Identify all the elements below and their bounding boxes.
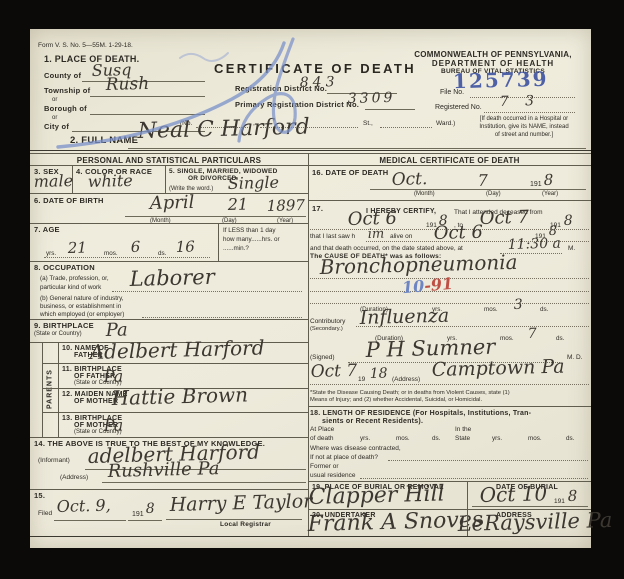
res-ds-label: ds. <box>432 435 440 442</box>
grid-line <box>42 363 308 364</box>
age-mos-value: 6 <box>131 239 141 256</box>
death-month-hint: (Month) <box>414 191 435 198</box>
birthplace-hint: (State or Country) <box>34 331 82 338</box>
hospital-note: [If death occurred in a Hospital or Inst… <box>478 116 570 139</box>
residence-label-2: sients or Recent Residents). <box>322 418 423 426</box>
signed-label: (Signed) <box>310 354 335 361</box>
race-value: white <box>88 172 133 192</box>
birth-day-value: 21 <box>228 195 249 214</box>
where-contracted-label-1: Where was disease contracted, <box>310 445 401 452</box>
street-label: St., <box>363 120 373 127</box>
personal-heading: PERSONAL AND STATISTICAL PARTICULARS <box>30 156 308 165</box>
local-registrar-label: Local Registrar <box>220 521 271 528</box>
dotted-rule <box>44 257 210 258</box>
grid-line <box>125 216 306 217</box>
marital-value: Single <box>228 174 280 194</box>
signed-year-print: 19 <box>358 376 365 383</box>
county-label: County of <box>44 72 81 81</box>
dotted-rule <box>142 317 302 318</box>
grid-line <box>128 520 162 521</box>
birthplace-label: 9. BIRTHPLACE <box>34 322 94 331</box>
sex-value: male <box>34 172 74 191</box>
death-day-hint: (Day) <box>486 191 501 198</box>
res-mos-label: mos. <box>396 435 410 442</box>
grid-line <box>308 406 591 407</box>
death-year-print: 191 <box>530 181 542 189</box>
informant-address-label: (Address) <box>60 474 88 481</box>
res-yrs-label-2: yrs. <box>492 435 502 442</box>
father-name-value: Adelbert Harford <box>89 336 264 364</box>
filed-date-value: Oct. 9, <box>57 497 111 517</box>
pencil-stroke <box>180 53 228 61</box>
dotted-rule <box>360 478 588 479</box>
age-label: 7. AGE <box>34 226 60 235</box>
registered-no-label: Registered No. <box>435 104 482 112</box>
grid-line <box>30 319 308 320</box>
duration2-days-value: 7 <box>528 326 537 342</box>
cause-of-death-value: Bronchopneumonia <box>319 251 517 279</box>
township-label: Township of <box>44 87 90 96</box>
code-stamp: 10-91 <box>401 275 454 298</box>
grid-line <box>54 520 126 521</box>
filed-section-number: 15. <box>34 492 45 501</box>
footnote-line-1: *State the Disease Causing Death; or in … <box>310 390 510 397</box>
attended-to-year-hw: 8 <box>564 213 573 229</box>
city-label: City of <box>44 123 69 132</box>
date-of-death-label: 16. DATE OF DEATH <box>312 169 388 178</box>
age-yrs-value: 21 <box>68 240 88 258</box>
occupation-a1: (a) Trade, profession, or, <box>40 275 109 282</box>
burial-place-value: Clapper Hill <box>308 481 445 510</box>
grid-line <box>370 189 586 190</box>
father-birthplace-value: Pa <box>104 367 124 386</box>
file-number-stamp: 125739 <box>453 68 549 93</box>
age-less-note-1: If LESS than 1 day <box>223 227 276 234</box>
center-divider <box>308 153 309 536</box>
former-residence-label-2: usual residence <box>310 472 356 479</box>
parents-side-label: PARENTS <box>43 342 58 437</box>
at-place-label-2: of death <box>310 435 334 442</box>
signed-date-value: Oct 7 <box>310 362 357 383</box>
at-place-label-1: At Place <box>310 426 334 433</box>
contributory-label: Contributory <box>310 318 345 325</box>
birth-year-value: 1897 <box>267 197 306 215</box>
dotted-rule <box>388 460 588 461</box>
grid-line <box>42 412 308 413</box>
death-day-value: 7 <box>478 172 489 191</box>
grid-line <box>467 481 468 509</box>
registered-no-value: 7 3 <box>500 93 541 110</box>
filed-year-print: 191 <box>132 511 144 519</box>
dotted-rule <box>310 384 589 385</box>
grid-line <box>30 437 308 438</box>
filed-year-hw: 8 <box>146 501 155 517</box>
grid-line <box>58 342 59 437</box>
in-the-label-1: In the <box>455 426 471 433</box>
dotted-rule <box>112 291 302 292</box>
res-mos-label-2: mos. <box>528 435 542 442</box>
grid-line <box>365 109 415 110</box>
birth-month-value: April <box>149 193 194 215</box>
mother-birthplace-value: Pa <box>104 416 124 435</box>
township-value: Rush <box>105 75 149 96</box>
medical-heading: MEDICAL CERTIFICATE OF DEATH <box>308 156 591 165</box>
section-divider <box>30 153 591 154</box>
undertaker-address-value: LeRaysville Pa <box>457 508 612 536</box>
former-residence-label-1: Former or <box>310 463 339 470</box>
occupation-a2: particular kind of work <box>40 284 101 291</box>
primary-district-value: 3309 <box>348 90 396 107</box>
code-stamp-blue: 10 <box>401 276 425 297</box>
occupation-value: Laborer <box>129 265 215 291</box>
grid-line <box>166 519 302 520</box>
grid-line <box>128 148 586 149</box>
age-ds-value: 16 <box>176 239 196 257</box>
certify-section-number: 17. <box>312 205 323 214</box>
grid-line <box>30 261 308 262</box>
death-time-m-label: M. <box>568 245 575 252</box>
death-year-hint: (Year) <box>542 191 558 198</box>
registration-district-value: 843 <box>300 74 339 91</box>
or-word: or <box>52 115 57 122</box>
informant-address-value: Rushville Pa <box>107 459 219 483</box>
age-less-note-3: ......min.? <box>223 245 249 252</box>
full-name-label: 2. FULL NAME <box>70 136 138 147</box>
section-divider <box>30 150 591 151</box>
duration-mos-label: mos. <box>484 306 498 313</box>
grid-line <box>472 506 588 507</box>
dotted-rule <box>380 127 432 128</box>
grid-line <box>30 489 308 490</box>
registrar-signature: Harry E Taylor <box>169 491 312 517</box>
death-year-hw: 8 <box>544 172 554 189</box>
last-saw-mid: alive on <box>390 233 412 240</box>
burial-date-value: Oct 10 <box>479 482 547 507</box>
dotted-rule <box>484 112 575 113</box>
code-stamp-red: -91 <box>423 274 453 295</box>
signed-year-hw: 18 <box>370 366 388 383</box>
occupation-label: 8. OCCUPATION <box>34 264 95 273</box>
duration2-mos-label: mos. <box>500 335 514 342</box>
form-number: Form V. S. No. 5—55M. 1-29-18. <box>38 42 133 49</box>
signed-address-value: Camptown Pa <box>431 357 564 382</box>
duration-days-value: 3 <box>514 297 523 313</box>
burial-year-print: 191 <box>554 498 565 505</box>
filed-label: Filed <box>38 510 52 517</box>
duration-ds-label: ds. <box>540 306 548 313</box>
dotted-rule <box>310 303 589 304</box>
grid-line <box>90 114 205 115</box>
file-no-label: File No. <box>440 89 464 97</box>
grid-line <box>90 96 205 97</box>
grid-line <box>308 481 591 482</box>
grid-line <box>165 165 166 193</box>
grid-line <box>308 200 591 201</box>
res-yrs-label: yrs. <box>360 435 370 442</box>
footnote-line-2: Means of Injury; and (2) whether Acciden… <box>310 397 482 404</box>
duration2-ds-label: ds. <box>556 335 564 342</box>
grid-line <box>30 223 308 224</box>
attended-to-value: Oct 7 <box>479 208 529 230</box>
grid-line <box>218 223 219 261</box>
or-word: or <box>52 97 57 104</box>
primary-district-label: Primary Registration District No. <box>235 101 359 110</box>
bottom-border <box>30 536 591 537</box>
date-of-birth-label: 6. DATE OF BIRTH <box>34 197 104 206</box>
occupation-b2: business, or establishment in <box>40 303 121 310</box>
department-line: DEPARTMENT OF HEALTH <box>398 59 588 68</box>
secondary-label: (Secondary.) <box>310 326 343 333</box>
occupation-b3: which employed (or employer) <box>40 311 124 318</box>
where-contracted-label-2: If not at place of death? <box>310 454 378 461</box>
mother-name-value: Hattie Brown <box>111 383 248 410</box>
dotted-rule <box>356 326 589 327</box>
in-the-label-2: State <box>455 435 470 442</box>
burial-year-hw: 8 <box>568 488 578 505</box>
death-month-value: Oct. <box>391 170 427 190</box>
res-ds-label-2: ds. <box>566 435 574 442</box>
borough-label: Borough of <box>44 105 87 114</box>
occupation-b1: (b) General nature of industry, <box>40 295 124 302</box>
age-less-note-2: how many......hrs. or <box>223 236 280 243</box>
last-saw-pre: that I last saw h <box>310 233 355 240</box>
md-label: M. D. <box>567 354 583 361</box>
full-name-value: Neal C Harford <box>137 115 310 145</box>
commonwealth-line: COMMONWEALTH OF PENNSYLVANIA, <box>398 50 588 59</box>
death-certificate-document: Form V. S. No. 5—55M. 1-29-18. 1. PLACE … <box>30 29 591 548</box>
signed-address-label: (Address) <box>392 376 420 383</box>
residence-label-1: 18. LENGTH OF RESIDENCE (For Hospitals, … <box>310 410 531 418</box>
informant-label: (Informant) <box>38 457 70 464</box>
ward-label: Ward.) <box>436 120 455 127</box>
grid-line <box>102 482 306 483</box>
